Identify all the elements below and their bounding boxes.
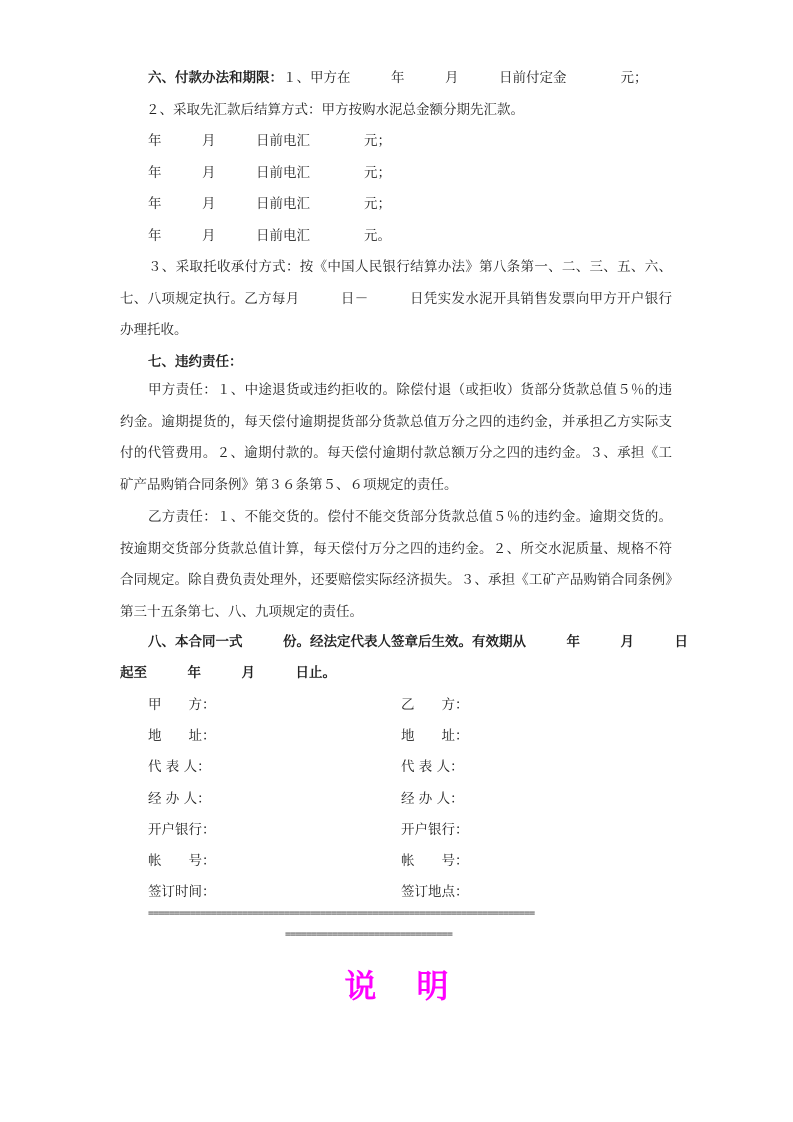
party-a-agent-label: 经 办 人： bbox=[148, 790, 211, 808]
section6-line1: 六、付款办法和期限：１、甲方在 年 月 日前付定金 元； bbox=[148, 69, 648, 87]
party-a-representative-label: 代 表 人： bbox=[148, 758, 211, 776]
signing-place-label: 签订地点： bbox=[401, 883, 469, 901]
section-title: 说明 bbox=[0, 966, 793, 1006]
section6-item1: １、甲方在 年 月 日前付定金 元； bbox=[283, 70, 648, 86]
section6-item2: ２、采取先汇款后结算方式：甲方按购水泥总金额分期先汇款。 bbox=[146, 101, 524, 119]
party-b-address-label: 地 址： bbox=[401, 727, 469, 745]
party-a-bank-label: 开户银行： bbox=[148, 821, 216, 839]
party-b-liability: 乙方责任：１、不能交货的。偿付不能交货部分货款总值５％的违约金。逾期交货的。按逾… bbox=[120, 502, 672, 628]
party-a-name-label: 甲 方： bbox=[148, 696, 216, 714]
section7-heading: 七、违约责任： bbox=[148, 353, 243, 371]
party-b-name-label: 乙 方： bbox=[401, 696, 469, 714]
signing-time-label: 签订时间： bbox=[148, 883, 216, 901]
remittance-row-4: 年 月 日前电汇 元。 bbox=[148, 227, 391, 245]
section6-item3: ３、采取托收承付方式：按《中国人民银行结算办法》第八条第一、二、三、五、六、七、… bbox=[120, 252, 672, 347]
party-b-bank-label: 开户银行： bbox=[401, 821, 469, 839]
title-char-1: 说 bbox=[344, 966, 376, 1006]
party-b-representative-label: 代 表 人： bbox=[401, 758, 464, 776]
section6-heading: 六、付款办法和期限： bbox=[148, 70, 283, 86]
section8-line1: 八、本合同一式 份。经法定代表人签章后生效。有效期从 年 月 日 bbox=[148, 633, 688, 651]
section8-line2: 起至 年 月 日止。 bbox=[120, 664, 336, 682]
party-a-account-label: 帐 号： bbox=[148, 852, 216, 870]
party-b-account-label: 帐 号： bbox=[401, 852, 469, 870]
separator-line-1: ========================================… bbox=[148, 908, 674, 920]
title-char-2: 明 bbox=[417, 966, 449, 1006]
separator-line-2: ================================ bbox=[285, 929, 510, 941]
party-b-agent-label: 经 办 人： bbox=[401, 790, 464, 808]
remittance-row-2: 年 月 日前电汇 元； bbox=[148, 164, 391, 182]
party-a-address-label: 地 址： bbox=[148, 727, 216, 745]
remittance-row-1: 年 月 日前电汇 元； bbox=[148, 132, 391, 150]
remittance-row-3: 年 月 日前电汇 元； bbox=[148, 195, 391, 213]
party-a-liability: 甲方责任：１、中途退货或违约拒收的。除偿付退（或拒收）货部分货款总值５％的违约金… bbox=[120, 375, 672, 501]
